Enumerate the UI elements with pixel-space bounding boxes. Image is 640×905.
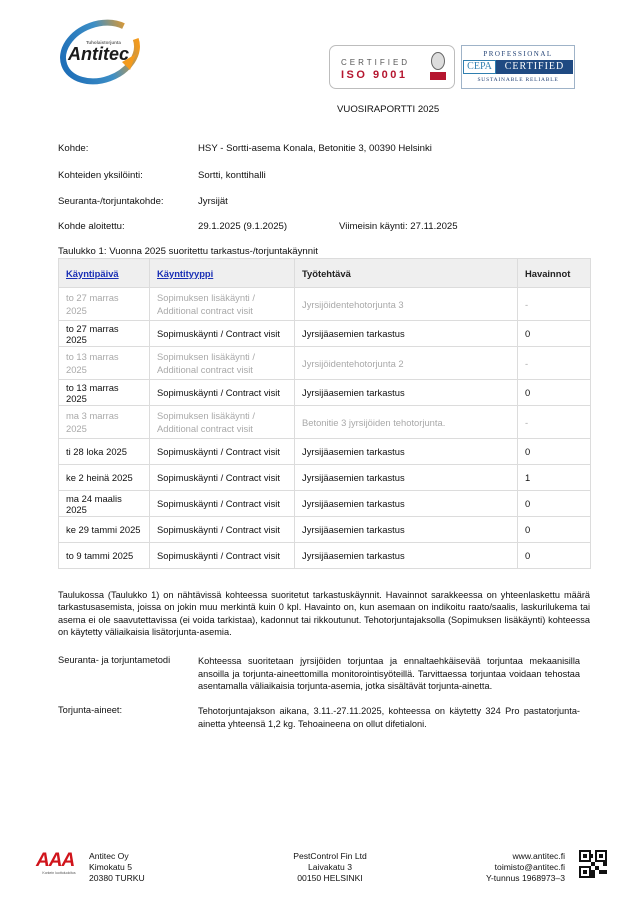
aaa-credit-rating-logo: AAA Korkein luottoluokitus [36, 851, 82, 881]
footer-partner-name: PestControl Fin Ltd [270, 851, 390, 862]
report-title: VUOSIRAPORTTI 2025 [337, 104, 439, 115]
table-caption: Taulukko 1: Vuonna 2025 suoritettu tarka… [58, 246, 318, 257]
visits-table: Käyntipäivä Käyntityyppi Työtehtävä Hava… [58, 258, 591, 569]
visit-observations: 0 [518, 543, 591, 569]
visit-task: Jyrsijäasemien tarkastus [295, 439, 518, 465]
table-row: ke 2 heinä 2025Sopimuskäynti / Contract … [59, 465, 591, 491]
cepa-certified-badge: PROFESSIONAL CEPA CERTIFIED SUSTAINABLE … [461, 45, 575, 89]
kohde-label: Kohde: [58, 143, 88, 154]
visit-date: to 27 marras 2025 [59, 288, 150, 321]
footer-partner-address: PestControl Fin Ltd Laivakatu 3 00150 HE… [270, 851, 390, 884]
visit-date: to 13 marras 2025 [59, 380, 150, 406]
visit-type: Sopimuskäynti / Contract visit [150, 380, 295, 406]
table-row: ke 29 tammi 2025Sopimuskäynti / Contract… [59, 517, 591, 543]
visit-date: to 9 tammi 2025 [59, 543, 150, 569]
table-row: ma 3 marras 2025Sopimuksen lisäkäynti / … [59, 406, 591, 439]
visit-date: to 27 marras 2025 [59, 321, 150, 347]
visit-date: ke 29 tammi 2025 [59, 517, 150, 543]
method-text: Kohteessa suoritetaan jyrsijöiden torjun… [198, 655, 580, 693]
visit-task: Jyrsijöidentehotorjunta 3 [295, 288, 518, 321]
table-header-row: Käyntipäivä Käyntityyppi Työtehtävä Hava… [59, 259, 591, 288]
agents-label: Torjunta-aineet: [58, 705, 122, 715]
footer-website-link[interactable]: www.antitec.fi [440, 851, 565, 862]
visit-task: Betonitie 3 jyrsijöiden tehotorjunta. [295, 406, 518, 439]
qr-code-icon [579, 850, 607, 878]
iso-9001-badge: CERTIFIED ISO 9001 [329, 45, 455, 89]
seuranta-value: Jyrsijät [198, 196, 228, 207]
bureau-veritas-seal-icon [431, 52, 445, 82]
visit-type: Sopimuskäynti / Contract visit [150, 517, 295, 543]
visit-observations: - [518, 347, 591, 380]
svg-text:Antitec: Antitec [67, 44, 129, 64]
aaa-letters: AAA [36, 851, 82, 871]
visit-observations: 0 [518, 439, 591, 465]
agents-text: Tehotorjuntajakson aikana, 3.11.-27.11.2… [198, 705, 580, 730]
visit-type: Sopimuksen lisäkäynti / Additional contr… [150, 347, 295, 380]
visit-observations: - [518, 406, 591, 439]
footer-street: Kimokatu 5 [89, 862, 145, 873]
visit-observations: 0 [518, 321, 591, 347]
visit-task: Jyrsijäasemien tarkastus [295, 491, 518, 517]
visit-type: Sopimuksen lisäkäynti / Additional contr… [150, 288, 295, 321]
kohde-value: HSY - Sortti-asema Konala, Betonitie 3, … [198, 143, 432, 154]
visit-task: Jyrsijäasemien tarkastus [295, 465, 518, 491]
visit-observations: 1 [518, 465, 591, 491]
visit-date: ti 28 loka 2025 [59, 439, 150, 465]
visit-date: to 13 marras 2025 [59, 347, 150, 380]
footer-email-link[interactable]: toimisto@antitec.fi [440, 862, 565, 873]
aaa-subtitle: Korkein luottoluokitus [36, 871, 82, 875]
cepa-professional-text: PROFESSIONAL [462, 50, 574, 58]
last-visit: Viimeisin käynti: 27.11.2025 [339, 221, 458, 232]
visit-type: Sopimuskäynti / Contract visit [150, 465, 295, 491]
visit-observations: 0 [518, 380, 591, 406]
visit-type: Sopimuskäynti / Contract visit [150, 439, 295, 465]
aloitettu-value: 29.1.2025 (9.1.2025) [198, 221, 287, 232]
visit-type: Sopimuskäynti / Contract visit [150, 321, 295, 347]
table-row: to 27 marras 2025Sopimuskäynti / Contrac… [59, 321, 591, 347]
table-row: to 9 tammi 2025Sopimuskäynti / Contract … [59, 543, 591, 569]
table-row: ti 28 loka 2025Sopimuskäynti / Contract … [59, 439, 591, 465]
method-label: Seuranta- ja torjuntametodi [58, 655, 170, 665]
seuranta-label: Seuranta-/torjuntakohde: [58, 196, 164, 207]
summary-paragraph: Taulukossa (Taulukko 1) on nähtävissä ko… [58, 589, 590, 638]
footer-business-id: Y-tunnus 1968973–3 [440, 873, 565, 884]
visit-task: Jyrsijäasemien tarkastus [295, 380, 518, 406]
visit-observations: - [518, 288, 591, 321]
sort-by-type-link[interactable]: Käyntityyppi [157, 268, 213, 279]
table-row: to 13 marras 2025Sopimuksen lisäkäynti /… [59, 347, 591, 380]
yksilointi-label: Kohteiden yksilöinti: [58, 170, 143, 181]
yksilointi-value: Sortti, konttihalli [198, 170, 266, 181]
visit-task: Jyrsijäasemien tarkastus [295, 543, 518, 569]
iso-certified-text: CERTIFIED [341, 58, 410, 67]
cepa-text: CEPA [463, 60, 496, 74]
visit-task: Jyrsijäasemien tarkastus [295, 517, 518, 543]
table-row: ma 24 maalis 2025Sopimuskäynti / Contrac… [59, 491, 591, 517]
visit-task: Jyrsijäasemien tarkastus [295, 321, 518, 347]
footer-company-address: Antitec Oy Kimokatu 5 20380 TURKU [89, 851, 145, 884]
footer-contact: www.antitec.fi toimisto@antitec.fi Y-tun… [440, 851, 565, 884]
cepa-certified-text: CERTIFIED [496, 60, 573, 74]
footer-company-name: Antitec Oy [89, 851, 145, 862]
footer-partner-street: Laivakatu 3 [270, 862, 390, 873]
footer-partner-city: 00150 HELSINKI [270, 873, 390, 884]
column-header-task: Työtehtävä [295, 259, 518, 288]
visit-type: Sopimuskäynti / Contract visit [150, 491, 295, 517]
visit-observations: 0 [518, 517, 591, 543]
cepa-tagline: SUSTAINABLE RELIABLE [462, 77, 574, 83]
visit-type: Sopimuksen lisäkäynti / Additional contr… [150, 406, 295, 439]
column-header-observations: Havainnot [518, 259, 591, 288]
column-header-date[interactable]: Käyntipäivä [59, 259, 150, 288]
visit-observations: 0 [518, 491, 591, 517]
aloitettu-label: Kohde aloitettu: [58, 221, 125, 232]
table-row: to 27 marras 2025Sopimuksen lisäkäynti /… [59, 288, 591, 321]
table-row: to 13 marras 2025Sopimuskäynti / Contrac… [59, 380, 591, 406]
visit-date: ma 3 marras 2025 [59, 406, 150, 439]
column-header-type[interactable]: Käyntityyppi [150, 259, 295, 288]
antitec-logo: Tuholaistorjunta Antitec [56, 18, 146, 86]
visit-date: ma 24 maalis 2025 [59, 491, 150, 517]
visit-task: Jyrsijöidentehotorjunta 2 [295, 347, 518, 380]
footer-city: 20380 TURKU [89, 873, 145, 884]
sort-by-date-link[interactable]: Käyntipäivä [66, 268, 119, 279]
visit-type: Sopimuskäynti / Contract visit [150, 543, 295, 569]
visit-date: ke 2 heinä 2025 [59, 465, 150, 491]
iso-number-text: ISO 9001 [341, 69, 407, 81]
